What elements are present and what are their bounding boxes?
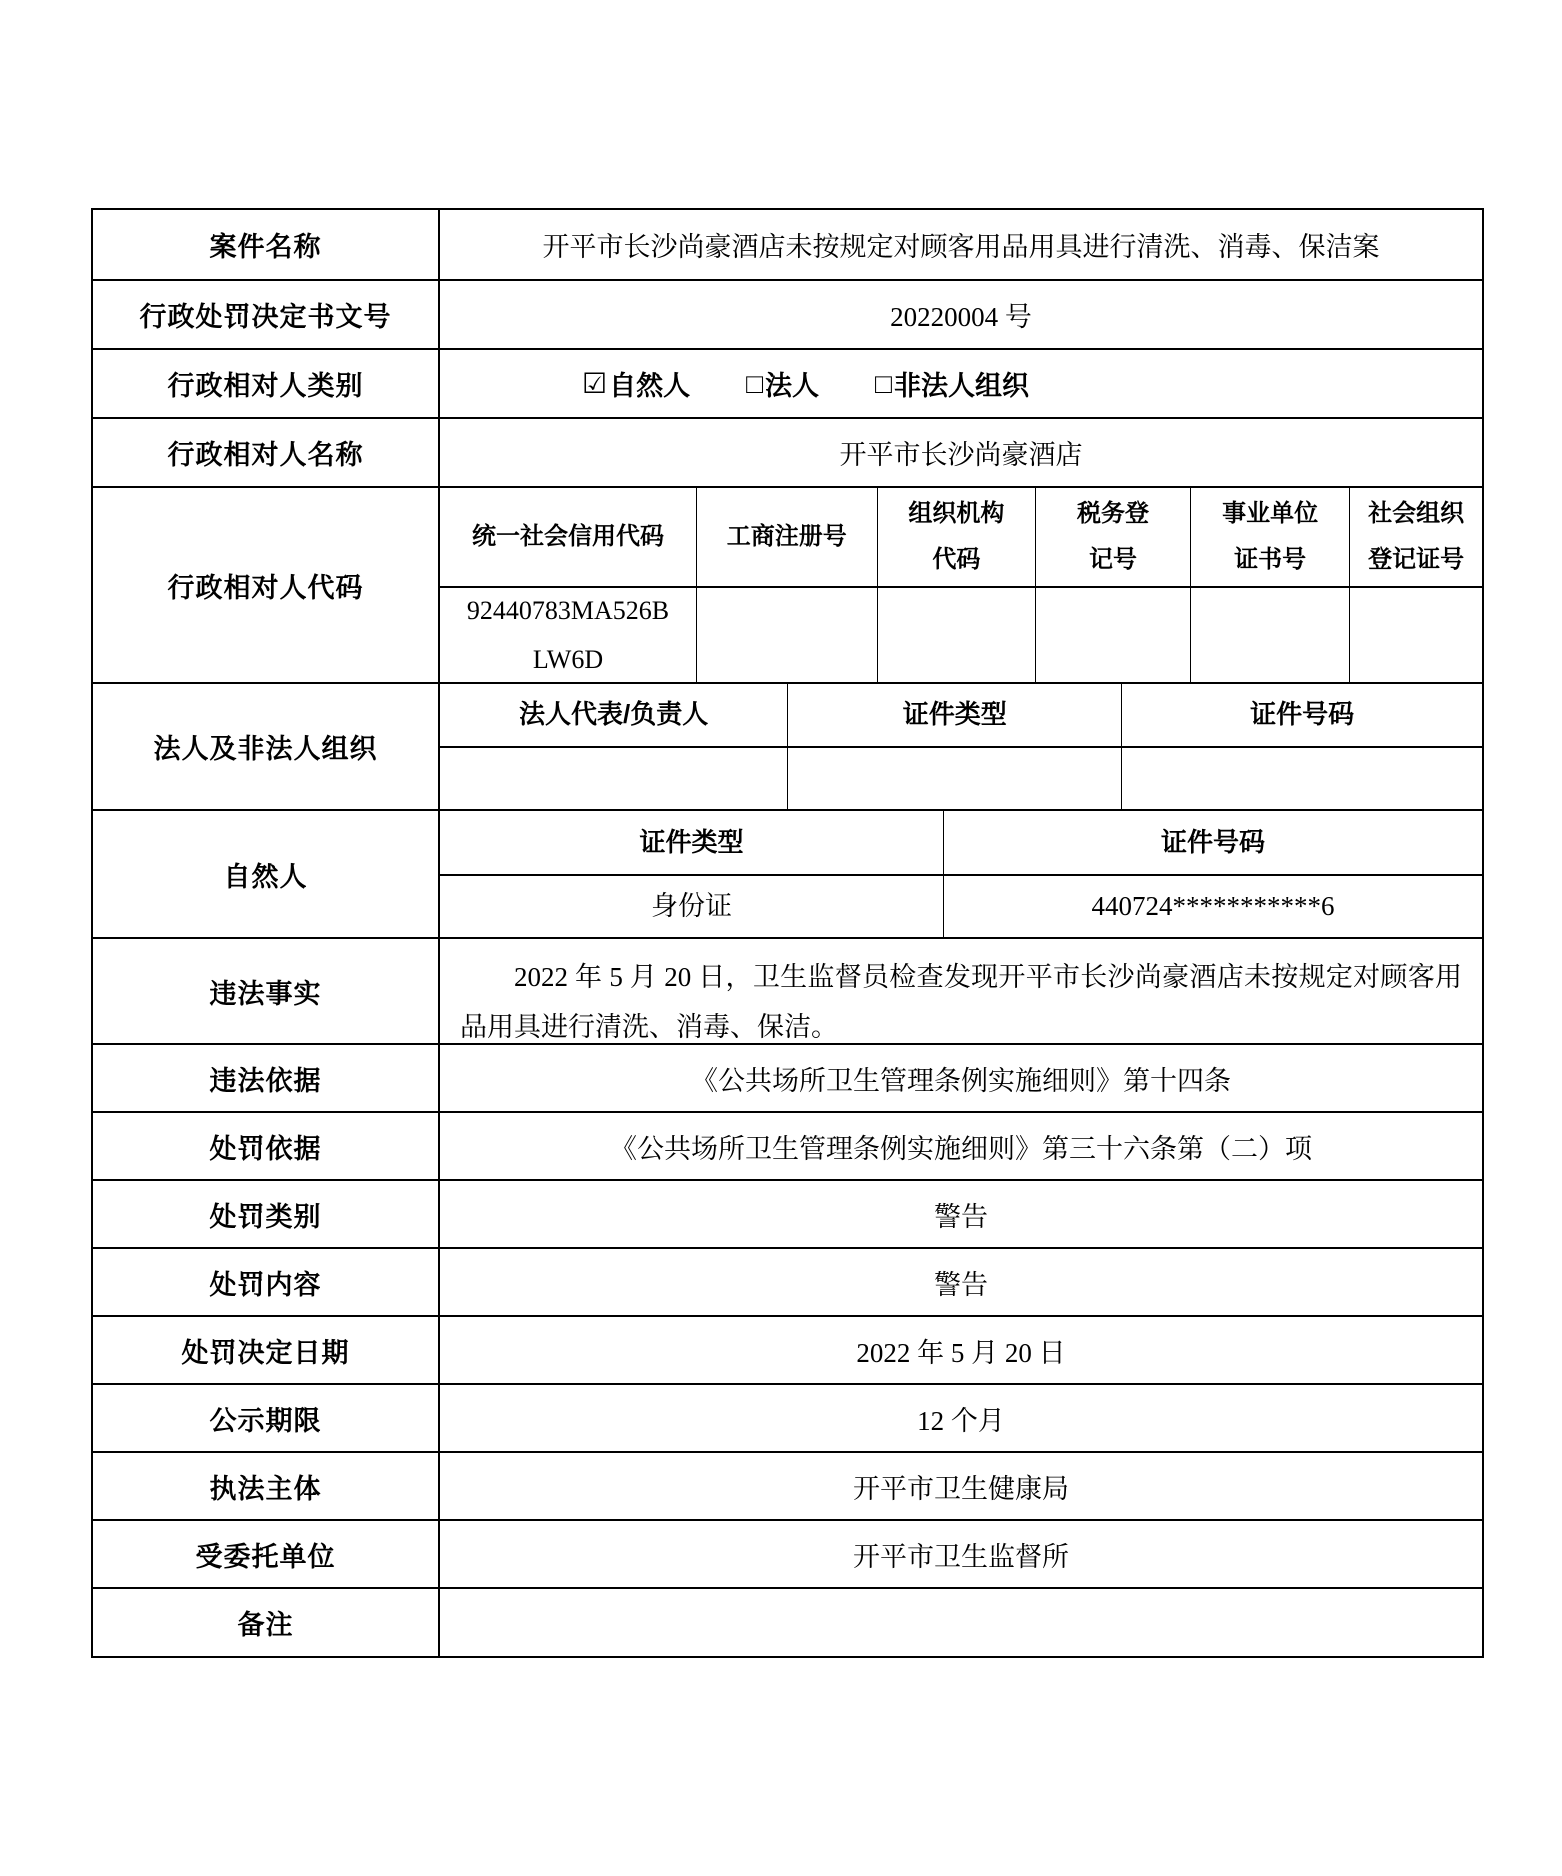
penalty-basis-label: 处罚依据 [93, 1113, 440, 1179]
col-header-np-id-type: 证件类型 [440, 811, 943, 874]
legal-org-header-row: 法人代表/负责人 证件类型 证件号码 [440, 684, 1482, 746]
party-code-subtable: 统一社会信用代码 工商注册号 组织机构 代码 税务登 记号 事业单位 证书号 社… [440, 488, 1482, 682]
col-header-id-number: 证件号码 [1121, 684, 1482, 746]
option-legal-person-label: 法人 [765, 364, 819, 403]
penalty-disclosure-table: 案件名称 开平市长沙尚豪酒店未按规定对顾客用品用具进行清洗、消毒、保洁案 行政处… [91, 208, 1484, 1658]
row-violation-basis: 违法依据 《公共场所卫生管理条例实施细则》第十四条 [93, 1043, 1482, 1111]
checkbox-checked-icon: ☑ [582, 367, 607, 400]
row-natural-person: 自然人 证件类型 证件号码 身份证 440724***********6 [93, 809, 1482, 937]
col-header-id-type: 证件类型 [787, 684, 1121, 746]
col-header-tax-reg-no: 税务登 记号 [1035, 488, 1190, 586]
legal-rep-value [440, 748, 787, 809]
violation-basis-value: 《公共场所卫生管理条例实施细则》第十四条 [440, 1045, 1482, 1111]
illegal-facts-label: 违法事实 [93, 939, 440, 1043]
row-party-name: 行政相对人名称 开平市长沙尚豪酒店 [93, 417, 1482, 486]
option-legal-person: □ 法人 [746, 364, 819, 403]
penalty-type-value: 警告 [440, 1181, 1482, 1247]
checkbox-unchecked-icon: □ [746, 368, 763, 400]
org-code-value [877, 588, 1035, 682]
col-header-institution-cert-no: 事业单位 证书号 [1190, 488, 1349, 586]
decision-date-value: 2022 年 5 月 20 日 [440, 1317, 1482, 1383]
col-header-legal-rep: 法人代表/负责人 [440, 684, 787, 746]
row-party-code: 行政相对人代码 统一社会信用代码 工商注册号 组织机构 代码 税务登 记号 事业… [93, 486, 1482, 682]
option-natural-person-label: 自然人 [609, 364, 690, 403]
enforcement-body-value: 开平市卫生健康局 [440, 1453, 1482, 1519]
row-enforcement-body: 执法主体 开平市卫生健康局 [93, 1451, 1482, 1519]
remarks-value [440, 1589, 1482, 1656]
party-type-label: 行政相对人类别 [93, 350, 440, 417]
option-unincorporated-org: □ 非法人组织 [875, 364, 1029, 403]
decision-date-label: 处罚决定日期 [93, 1317, 440, 1383]
institution-cert-no-value [1190, 588, 1349, 682]
tax-reg-no-value [1035, 588, 1190, 682]
option-unincorporated-org-label: 非法人组织 [894, 364, 1029, 403]
row-penalty-basis: 处罚依据 《公共场所卫生管理条例实施细则》第三十六条第（二）项 [93, 1111, 1482, 1179]
penalty-content-label: 处罚内容 [93, 1249, 440, 1315]
entrusted-unit-value: 开平市卫生监督所 [440, 1521, 1482, 1587]
decision-doc-number-label: 行政处罚决定书文号 [93, 281, 440, 348]
party-type-options: ☑ 自然人 □ 法人 □ 非法人组织 [440, 350, 1482, 417]
party-code-value-row: 92440783MA526B LW6D [440, 586, 1482, 682]
natural-person-value-row: 身份证 440724***********6 [440, 874, 1482, 937]
row-legal-org: 法人及非法人组织 法人代表/负责人 证件类型 证件号码 [93, 682, 1482, 809]
legal-org-value-row [440, 746, 1482, 809]
natural-person-header-row: 证件类型 证件号码 [440, 811, 1482, 874]
col-header-social-org-reg-no: 社会组织 登记证号 [1349, 488, 1482, 586]
enforcement-body-label: 执法主体 [93, 1453, 440, 1519]
case-name-label: 案件名称 [93, 210, 440, 279]
penalty-content-value: 警告 [440, 1249, 1482, 1315]
legal-org-label: 法人及非法人组织 [93, 684, 440, 809]
social-org-reg-no-value [1349, 588, 1482, 682]
penalty-basis-value: 《公共场所卫生管理条例实施细则》第三十六条第（二）项 [440, 1113, 1482, 1179]
decision-doc-number-value: 20220004 号 [440, 281, 1482, 348]
checkbox-unchecked-icon: □ [875, 368, 892, 400]
natural-person-label: 自然人 [93, 811, 440, 937]
business-reg-no-value [696, 588, 877, 682]
case-name-value: 开平市长沙尚豪酒店未按规定对顾客用品用具进行清洗、消毒、保洁案 [440, 210, 1482, 279]
row-case-name: 案件名称 开平市长沙尚豪酒店未按规定对顾客用品用具进行清洗、消毒、保洁案 [93, 210, 1482, 279]
party-name-value: 开平市长沙尚豪酒店 [440, 419, 1482, 486]
legal-org-id-type-value [787, 748, 1121, 809]
legal-org-subtable: 法人代表/负责人 证件类型 证件号码 [440, 684, 1482, 809]
publicity-period-value: 12 个月 [440, 1385, 1482, 1451]
row-publicity-period: 公示期限 12 个月 [93, 1383, 1482, 1451]
penalty-type-label: 处罚类别 [93, 1181, 440, 1247]
remarks-label: 备注 [93, 1589, 440, 1656]
row-decision-doc-number: 行政处罚决定书文号 20220004 号 [93, 279, 1482, 348]
row-remarks: 备注 [93, 1587, 1482, 1656]
col-header-org-code: 组织机构 代码 [877, 488, 1035, 586]
party-code-header-row: 统一社会信用代码 工商注册号 组织机构 代码 税务登 记号 事业单位 证书号 社… [440, 488, 1482, 586]
row-party-type: 行政相对人类别 ☑ 自然人 □ 法人 □ 非法人组织 [93, 348, 1482, 417]
illegal-facts-value: 2022 年 5 月 20 日，卫生监督员检查发现开平市长沙尚豪酒店未按规定对顾… [440, 939, 1482, 1043]
natural-person-subtable: 证件类型 证件号码 身份证 440724***********6 [440, 811, 1482, 937]
col-header-business-reg-no: 工商注册号 [696, 488, 877, 586]
entrusted-unit-label: 受委托单位 [93, 1521, 440, 1587]
party-name-label: 行政相对人名称 [93, 419, 440, 486]
violation-basis-label: 违法依据 [93, 1045, 440, 1111]
credit-code-value: 92440783MA526B LW6D [440, 588, 696, 682]
publicity-period-label: 公示期限 [93, 1385, 440, 1451]
row-penalty-content: 处罚内容 警告 [93, 1247, 1482, 1315]
np-id-number-value: 440724***********6 [943, 876, 1482, 937]
row-illegal-facts: 违法事实 2022 年 5 月 20 日，卫生监督员检查发现开平市长沙尚豪酒店未… [93, 937, 1482, 1043]
row-decision-date: 处罚决定日期 2022 年 5 月 20 日 [93, 1315, 1482, 1383]
row-entrusted-unit: 受委托单位 开平市卫生监督所 [93, 1519, 1482, 1587]
row-penalty-type: 处罚类别 警告 [93, 1179, 1482, 1247]
option-natural-person: ☑ 自然人 [582, 364, 690, 403]
np-id-type-value: 身份证 [440, 876, 943, 937]
col-header-np-id-number: 证件号码 [943, 811, 1482, 874]
legal-org-id-number-value [1121, 748, 1482, 809]
party-code-label: 行政相对人代码 [93, 488, 440, 682]
col-header-credit-code: 统一社会信用代码 [440, 488, 696, 586]
